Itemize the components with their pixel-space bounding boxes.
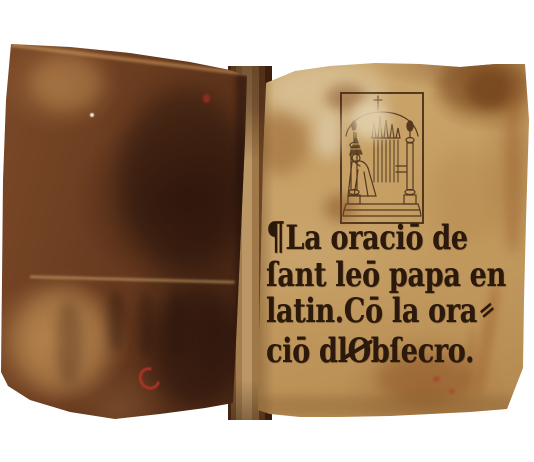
title-line-3-text: latin.Cō la ora bbox=[266, 291, 477, 331]
ghost-text-streak bbox=[108, 290, 124, 352]
title-text-block: ¶La oraciō de ſant leō papa en latin.Cō … bbox=[266, 218, 506, 369]
worn-patch-left-of-woodcut bbox=[314, 112, 342, 158]
title-line-1: ¶La oraciō de bbox=[266, 218, 506, 257]
title-line-4-pre: ciō dl bbox=[266, 331, 347, 371]
title-line-3: latin.Cō la ora= bbox=[266, 293, 506, 333]
stain-light-top-left bbox=[30, 55, 102, 111]
slashed-initial-o: O bbox=[347, 333, 370, 370]
stain-dark-center bbox=[118, 88, 250, 270]
red-speck-bottom-a bbox=[433, 376, 440, 382]
ghost-text-smudge bbox=[56, 300, 82, 386]
red-speck-bottom-b bbox=[449, 389, 455, 394]
title-line-1-text: La oraciō de bbox=[285, 218, 467, 258]
bottom-edge-shading bbox=[258, 396, 523, 416]
title-line-2-text: ſant leō papa en bbox=[266, 255, 506, 295]
rubric-mark-red-speck bbox=[203, 94, 210, 103]
stain-dark-bottom-right bbox=[150, 288, 242, 406]
book-photo: ¶La oraciō de ſant leō papa en latin.Cō … bbox=[0, 0, 534, 462]
title-line-4-rest: bſecro. bbox=[371, 331, 474, 371]
ghost-text-streak bbox=[168, 288, 184, 358]
stain-right-edge-streak bbox=[505, 82, 521, 252]
title-line-4: ciō dlObſecro. bbox=[266, 333, 506, 370]
worn-patch-on-woodcut bbox=[350, 100, 390, 140]
leather-crease-line bbox=[30, 275, 235, 283]
ghost-text-streak bbox=[138, 292, 154, 358]
title-line-2: ſant leō papa en bbox=[266, 257, 506, 294]
pilcrow-mark: ¶ bbox=[266, 213, 284, 258]
glint-dot bbox=[90, 113, 94, 117]
